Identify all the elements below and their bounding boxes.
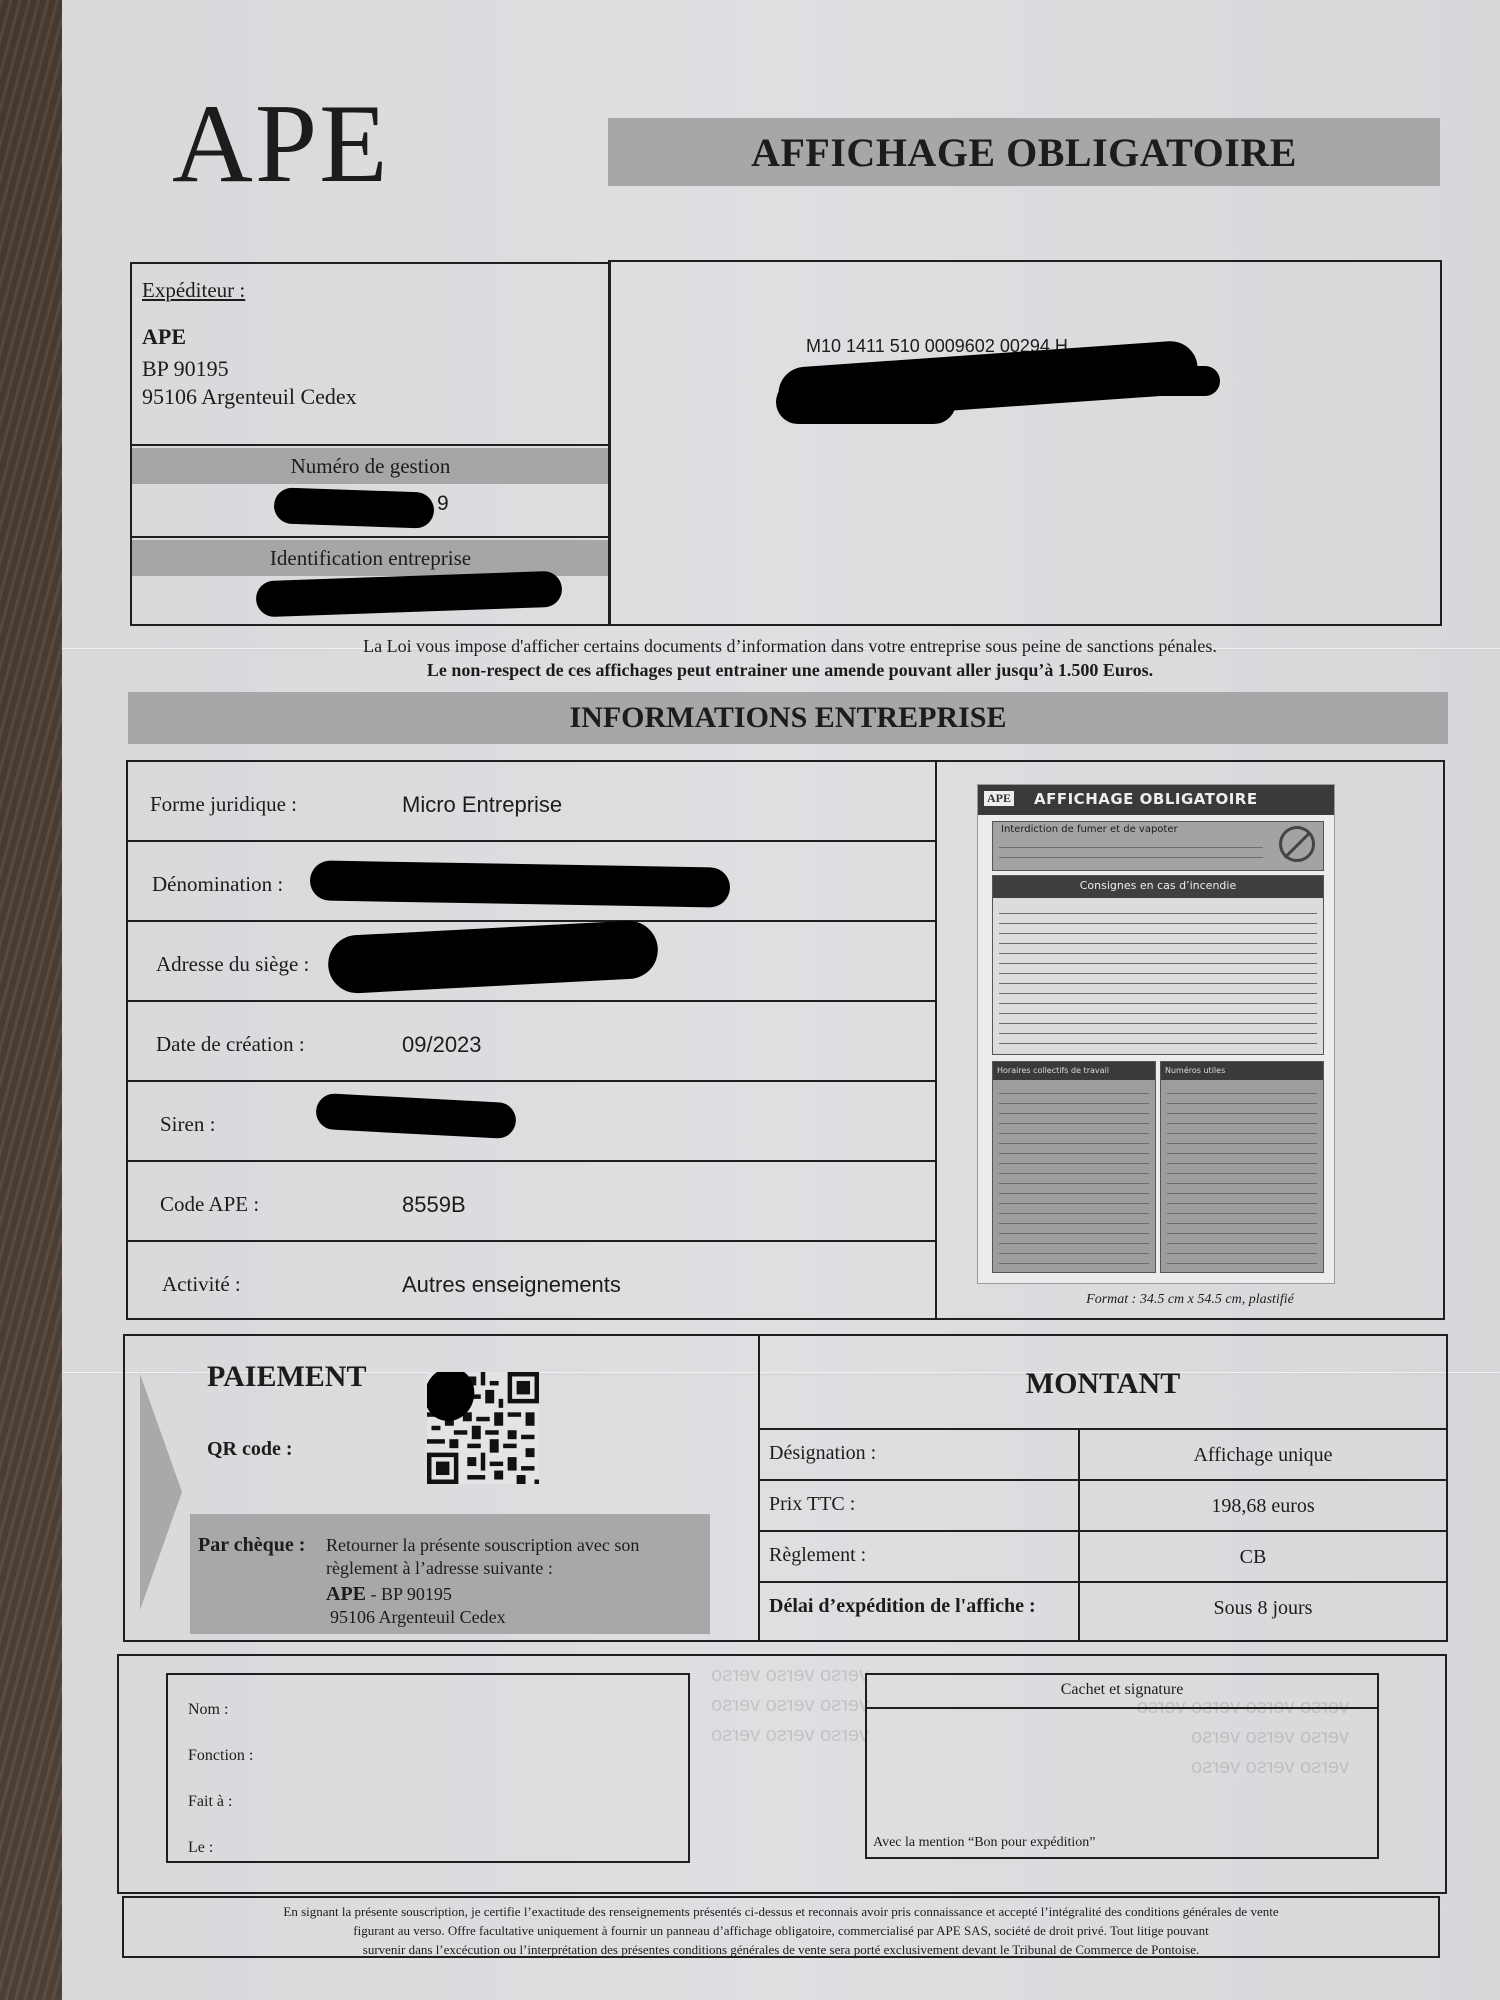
info-value: 8559B bbox=[402, 1192, 466, 1218]
qr-code-label: QR code : bbox=[207, 1438, 293, 1461]
fine-print bbox=[999, 904, 1317, 1048]
info-row-ape-code: Code APE : 8559B bbox=[128, 1162, 935, 1242]
poster-preview-image: APE AFFICHAGE OBLIGATOIRE Interdiction d… bbox=[977, 784, 1335, 1284]
poster-fire-section: Consignes en cas d’incendie bbox=[992, 875, 1324, 1055]
cheque-payment-panel: Par chèque : Retourner la présente sousc… bbox=[190, 1514, 710, 1634]
management-number-value: 9 bbox=[437, 492, 449, 516]
arrow-icon bbox=[140, 1374, 182, 1610]
sender-address-line2: 95106 Argenteuil Cedex bbox=[142, 384, 357, 410]
signature-section: verso verso versoverso verso versoverso … bbox=[117, 1654, 1447, 1894]
poster-numbers-section: Numéros utiles bbox=[1160, 1061, 1324, 1273]
cheque-address1: - BP 90195 bbox=[371, 1584, 452, 1604]
stamp-label: Cachet et signature bbox=[867, 1675, 1377, 1709]
sender-address-line1: BP 90195 bbox=[142, 356, 229, 382]
info-label: Activité : bbox=[162, 1272, 241, 1297]
fine-print bbox=[999, 838, 1263, 866]
info-value: Autres enseignements bbox=[402, 1272, 621, 1298]
payment-box: PAIEMENT QR code : Pa bbox=[123, 1334, 760, 1642]
cheque-text-line1: Retourner la présente souscription avec … bbox=[326, 1534, 639, 1557]
divider bbox=[132, 444, 609, 446]
no-smoking-icon bbox=[1279, 826, 1315, 862]
recipient-address-box: M10 1411 510 0009602 00294 H bbox=[608, 260, 1442, 626]
cheque-company: APE bbox=[326, 1583, 366, 1605]
amount-title: MONTANT bbox=[760, 1336, 1446, 1430]
amount-row-shipping-delay: Délai d’expédition de l'affiche : Sous 8… bbox=[760, 1583, 1446, 1639]
poster-smoking-section: Interdiction de fumer et de vapoter bbox=[992, 821, 1324, 871]
amount-label: Prix TTC : bbox=[769, 1493, 855, 1516]
info-row-creation-date: Date de création : 09/2023 bbox=[128, 1002, 935, 1082]
company-logo: APE bbox=[172, 80, 390, 209]
amount-label: Règlement : bbox=[769, 1544, 866, 1567]
poster-hours-title: Horaires collectifs de travail bbox=[993, 1062, 1155, 1080]
info-row-address: Adresse du siège : bbox=[128, 922, 935, 1002]
amount-value: CB bbox=[1060, 1546, 1446, 1569]
redaction-mark bbox=[310, 860, 731, 907]
name-field[interactable]: Nom : bbox=[188, 1701, 228, 1719]
terms-line3: survenir dans l’excécution ou l’interpré… bbox=[124, 1940, 1438, 1959]
terms-line1: En signant la présente souscription, je … bbox=[124, 1902, 1438, 1921]
function-field[interactable]: Fonction : bbox=[188, 1747, 253, 1765]
info-label: Adresse du siège : bbox=[156, 952, 309, 977]
amount-row-designation: Désignation : Affichage unique bbox=[760, 1430, 1446, 1481]
poster-fire-title: Consignes en cas d’incendie bbox=[993, 876, 1323, 898]
info-row-activity: Activité : Autres enseignements bbox=[128, 1242, 935, 1322]
info-row-name: Dénomination : bbox=[128, 842, 935, 922]
stamp-signature-box[interactable]: Cachet et signature Avec la mention “Bon… bbox=[865, 1673, 1379, 1859]
document-title: AFFICHAGE OBLIGATOIRE bbox=[608, 118, 1440, 186]
redaction-mark bbox=[1030, 366, 1220, 396]
fine-print bbox=[1167, 1084, 1317, 1268]
cheque-label: Par chèque : bbox=[198, 1534, 305, 1557]
sender-name: APE bbox=[142, 324, 186, 350]
fine-print bbox=[999, 1084, 1149, 1268]
sender-box: Expéditeur : APE BP 90195 95106 Argenteu… bbox=[130, 262, 611, 626]
management-number-label: Numéro de gestion bbox=[132, 448, 609, 484]
amount-value: Affichage unique bbox=[1080, 1444, 1446, 1467]
amount-row-payment-method: Règlement : CB bbox=[760, 1532, 1446, 1583]
sender-label: Expéditeur : bbox=[142, 278, 245, 303]
poster-hours-section: Horaires collectifs de travail bbox=[992, 1061, 1156, 1273]
legal-notice-line2: Le non-respect de ces affichages peut en… bbox=[130, 660, 1450, 681]
info-label: Code APE : bbox=[160, 1192, 259, 1217]
redaction-mark bbox=[315, 1093, 517, 1139]
amount-label: Désignation : bbox=[769, 1442, 876, 1465]
cheque-instructions: Retourner la présente souscription avec … bbox=[326, 1534, 639, 1629]
poster-numbers-title: Numéros utiles bbox=[1161, 1062, 1323, 1080]
show-through-text: verso verso versoverso verso versoverso … bbox=[699, 1660, 869, 1750]
company-info-title: INFORMATIONS ENTREPRISE bbox=[128, 692, 1448, 744]
qr-code-icon[interactable] bbox=[427, 1372, 539, 1484]
info-label: Date de création : bbox=[156, 1032, 305, 1057]
amount-row-price: Prix TTC : 198,68 euros bbox=[760, 1481, 1446, 1532]
redaction-mark bbox=[776, 380, 956, 424]
amount-value: Sous 8 jours bbox=[1080, 1597, 1446, 1620]
amount-box: MONTANT Désignation : Affichage unique P… bbox=[758, 1334, 1448, 1642]
divider bbox=[132, 536, 609, 538]
info-row-legal-form: Forme juridique : Micro Entreprise bbox=[128, 762, 935, 842]
info-label: Siren : bbox=[160, 1112, 215, 1137]
subscription-form-page: APE AFFICHAGE OBLIGATOIRE Expéditeur : A… bbox=[62, 0, 1500, 2000]
company-info-table: Forme juridique : Micro Entreprise Dénom… bbox=[126, 760, 937, 1320]
info-value: 09/2023 bbox=[402, 1032, 482, 1058]
legal-notice-line1: La Loi vous impose d'afficher certains d… bbox=[130, 636, 1450, 657]
cheque-address2: 95106 Argenteuil Cedex bbox=[326, 1606, 639, 1629]
info-label: Forme juridique : bbox=[150, 792, 297, 817]
terms-line2: figurant au verso. Offre facultative uni… bbox=[124, 1921, 1438, 1940]
info-row-siren: Siren : bbox=[128, 1082, 935, 1162]
payment-title: PAIEMENT bbox=[207, 1360, 366, 1394]
redaction-mark bbox=[273, 487, 434, 529]
info-label: Dénomination : bbox=[152, 872, 283, 897]
redaction-mark bbox=[327, 919, 660, 994]
amount-label: Délai d’expédition de l'affiche : bbox=[769, 1595, 1036, 1618]
info-value: Micro Entreprise bbox=[402, 792, 562, 818]
poster-title: AFFICHAGE OBLIGATOIRE bbox=[1034, 790, 1258, 808]
amount-value: 198,68 euros bbox=[1080, 1495, 1446, 1518]
stamp-mention: Avec la mention “Bon pour expédition” bbox=[873, 1835, 1096, 1851]
date-field[interactable]: Le : bbox=[188, 1839, 213, 1857]
terms-box: En signant la présente souscription, je … bbox=[122, 1896, 1440, 1958]
poster-logo: APE bbox=[984, 791, 1014, 806]
redaction-mark bbox=[255, 571, 562, 618]
poster-format-caption: Format : 34.5 cm x 54.5 cm, plastifié bbox=[937, 1292, 1443, 1308]
poster-smoking-title: Interdiction de fumer et de vapoter bbox=[1001, 824, 1178, 835]
cheque-text-line2: règlement à l’adresse suivante : bbox=[326, 1557, 639, 1580]
signer-details-box: Nom : Fonction : Fait à : Le : bbox=[166, 1673, 690, 1863]
poster-preview-cell: APE AFFICHAGE OBLIGATOIRE Interdiction d… bbox=[935, 760, 1445, 1320]
place-field[interactable]: Fait à : bbox=[188, 1793, 232, 1811]
poster-header: APE AFFICHAGE OBLIGATOIRE bbox=[978, 785, 1334, 815]
